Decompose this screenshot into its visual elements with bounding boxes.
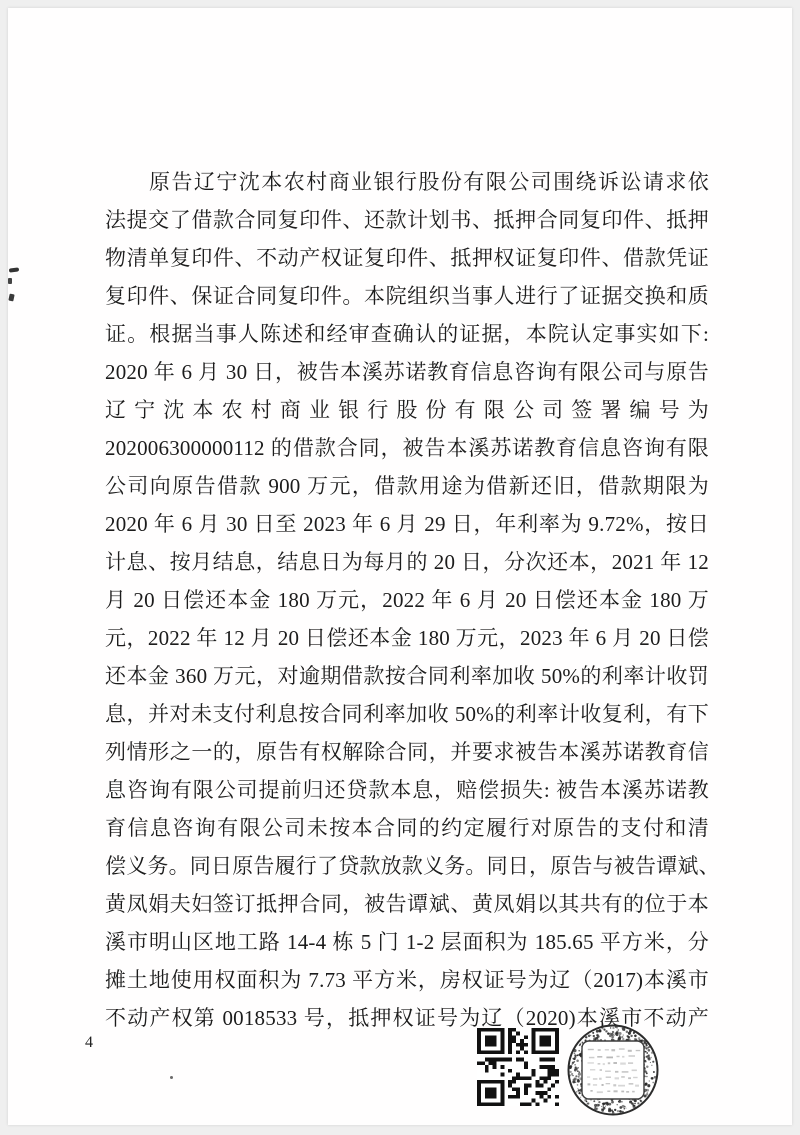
ink-smudge-artifact bbox=[8, 266, 22, 308]
scanned-document-page: 原告辽宁沈本农村商业银行股份有限公司围绕诉讼请求依法提交了借款合同复印件、还款计… bbox=[8, 8, 792, 1125]
text-line: 息，并对未支付利息按合同利率加收 50%的利率计收复利，有下 bbox=[105, 695, 709, 733]
document-text: 原告辽宁沈本农村商业银行股份有限公司围绕诉讼请求依法提交了借款合同复印件、还款计… bbox=[105, 163, 709, 1037]
text-line: 育信息咨询有限公司未按本合同的约定履行对原告的支付和清 bbox=[105, 809, 709, 847]
text-line: 偿义务。同日原告履行了贷款放款义务。同日，原告与被告谭斌、 bbox=[105, 847, 709, 885]
text-line: 还本金 360 万元，对逾期借款按合同利率加收 50%的利率计收罚 bbox=[105, 657, 709, 695]
ink-mark bbox=[8, 278, 12, 284]
ink-mark bbox=[9, 267, 19, 272]
text-line: 公司向原告借款 900 万元，借款用途为借新还旧，借款期限为 bbox=[105, 467, 709, 505]
text-line: 溪市明山区地工路 14-4 栋 5 门 1-2 层面积为 185.65 平方米，… bbox=[105, 923, 709, 961]
text-line: 复印件、保证合同复印件。本院组织当事人进行了证据交换和质 bbox=[105, 277, 709, 315]
text-line: 辽宁沈本农村商业银行股份有限公司签署编号为 bbox=[105, 391, 709, 429]
court-seal-stamp bbox=[566, 1023, 660, 1117]
text-line: 月 20 日偿还本金 180 万元，2022 年 6 月 20 日偿还本金 18… bbox=[105, 581, 709, 619]
text-line: 息咨询有限公司提前归还贷款本息，赔偿损失: 被告本溪苏诺教 bbox=[105, 771, 709, 809]
text-line: 2020 年 6 月 30 日，被告本溪苏诺教育信息咨询有限公司与原告 bbox=[105, 353, 709, 391]
text-line: 证。根据当事人陈述和经审查确认的证据，本院认定事实如下: bbox=[105, 315, 709, 353]
text-line: 2020 年 6 月 30 日至 2023 年 6 月 29 日，年利率为 9.… bbox=[105, 505, 709, 543]
text-line: 摊土地使用权面积为 7.73 平方米，房权证号为辽（2017)本溪市 bbox=[105, 961, 709, 999]
text-line: 列情形之一的，原告有权解除合同，并要求被告本溪苏诺教育信 bbox=[105, 733, 709, 771]
text-line: 202006300000112 的借款合同，被告本溪苏诺教育信息咨询有限 bbox=[105, 429, 709, 467]
text-line: 黄凤娟夫妇签订抵押合同，被告谭斌、黄凤娟以其共有的位于本 bbox=[105, 885, 709, 923]
text-line: 法提交了借款合同复印件、还款计划书、抵押合同复印件、抵押 bbox=[105, 201, 709, 239]
text-line: 元，2022 年 12 月 20 日偿还本金 180 万元，2023 年 6 月… bbox=[105, 619, 709, 657]
qr-code bbox=[477, 1028, 559, 1106]
text-line: 原告辽宁沈本农村商业银行股份有限公司围绕诉讼请求依 bbox=[105, 163, 709, 201]
page-number: 4 bbox=[85, 1034, 93, 1052]
text-line: 计息、按月结息，结息日为每月的 20 日，分次还本，2021 年 12 bbox=[105, 543, 709, 581]
scan-speck-artifact bbox=[170, 1076, 173, 1079]
text-line: 物清单复印件、不动产权证复印件、抵押权证复印件、借款凭证 bbox=[105, 239, 709, 277]
ink-mark bbox=[8, 294, 14, 302]
